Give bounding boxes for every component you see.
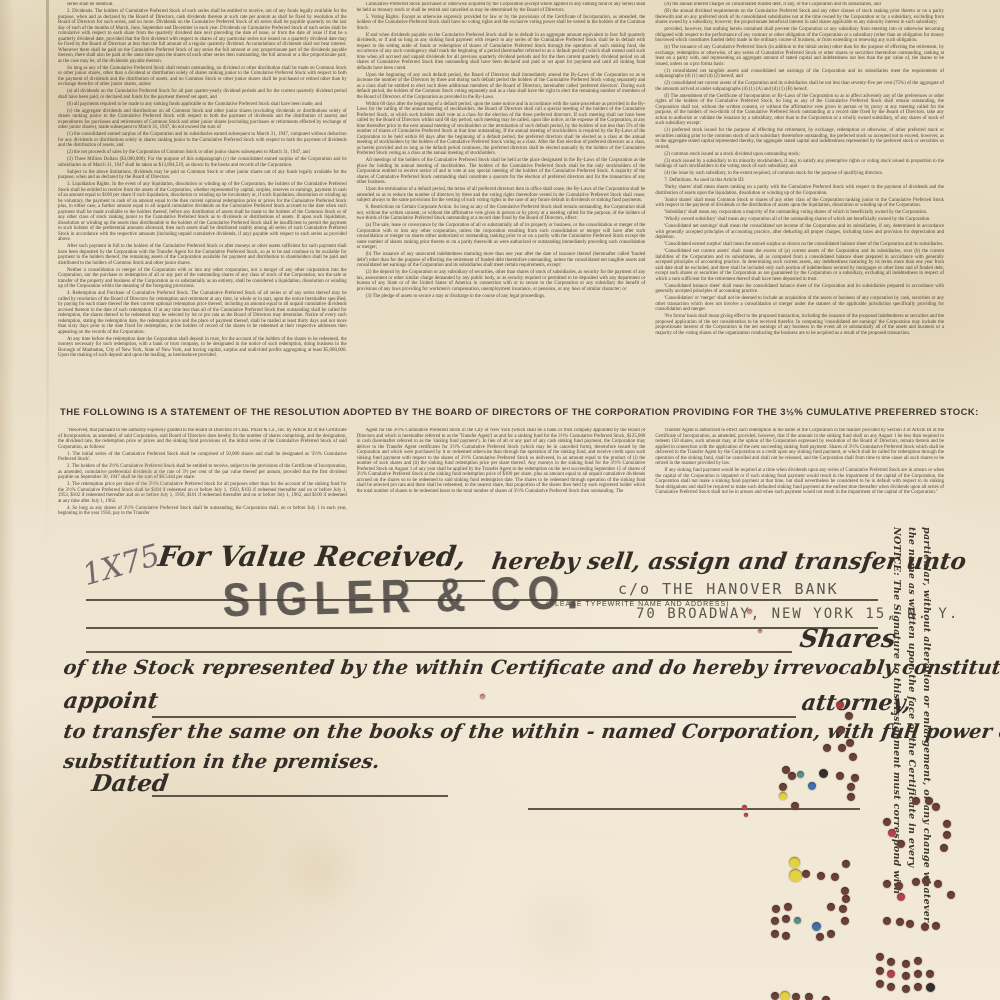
punch-dot (842, 895, 850, 903)
punch-dot (771, 930, 779, 938)
punch-dot (827, 930, 835, 938)
punch-dot (836, 701, 844, 709)
legal-paragraph: (2) consolidated net current assets of t… (655, 81, 944, 92)
legal-paragraph: (1) preferred stock issued for the purpo… (655, 128, 944, 150)
punch-dot (841, 917, 849, 925)
legal-paragraph: (B) the annual dividend requirements on … (655, 9, 944, 26)
punch-dot (847, 793, 855, 801)
resolution-columns-col-2: Agent for the 3½% Cumulative Preferred S… (357, 428, 646, 540)
punch-dot (934, 880, 942, 888)
punch-dot (851, 774, 859, 782)
resolution-columns: "Resolved, that pursuant to the authorit… (58, 428, 944, 540)
punch-dot (841, 887, 849, 895)
legal-paragraph: (1) consolidated net tangible assets and… (655, 69, 944, 80)
legal-paragraph: 2. The holders of the 3½% Cumulative Pre… (58, 464, 347, 481)
legal-text-columns-col-3: (A) the annual interest charges on conso… (655, 2, 944, 400)
dated-blank-line (152, 795, 448, 797)
punch-dot (876, 980, 884, 988)
shares-blank-line (86, 651, 792, 653)
punch-dot (480, 694, 485, 699)
legal-paragraph: 'Parity shares' shall mean shares rankin… (655, 185, 944, 196)
legal-paragraph: provided, however, that nothing herein c… (655, 27, 944, 44)
legal-paragraph: 6. Restrictions on Certain Corporate Act… (357, 205, 646, 222)
punch-dot (789, 869, 802, 882)
punch-dot (887, 983, 895, 991)
legal-paragraph: 3. Liquidation Rights. In the event of a… (58, 182, 347, 243)
punch-dot (947, 891, 955, 899)
legal-paragraph: (c) the aggregate dividends and distribu… (58, 109, 347, 131)
punch-dot (883, 917, 891, 925)
punch-dot (896, 918, 904, 926)
punch-dot (839, 905, 847, 913)
legal-paragraph: All meetings of the holders of the Cumul… (357, 158, 646, 186)
punch-dot (912, 797, 920, 805)
legal-paragraph: (a) The sale, lease or conveyance by the… (357, 223, 646, 251)
punch-dot (816, 933, 824, 941)
legal-paragraph: (2) the net proceeds of sales by the Cor… (58, 150, 347, 156)
punch-dot (812, 922, 821, 931)
legal-paragraph: (b) all payments required to be made to … (58, 102, 347, 108)
legal-paragraph: 'Consolidated earned surplus' shall mean… (655, 242, 944, 248)
punch-dot (845, 712, 853, 720)
legal-paragraph: Transfer Agent is authorized to effect s… (655, 428, 944, 467)
resolution-heading: THE FOLLOWING IS A STATEMENT OF THE RESO… (60, 407, 944, 418)
punch-dot (943, 831, 951, 839)
punch-dot (895, 882, 903, 890)
legal-paragraph: Neither a consolidation or merger of the… (58, 268, 347, 290)
punch-dot (922, 877, 930, 885)
punch-dot (849, 753, 857, 761)
punch-dot (902, 960, 910, 968)
punch-dot (847, 783, 855, 791)
legal-text-columns-col-2: Cumulative Preferred Stock purchased or … (357, 2, 646, 400)
legal-paragraph: (A) the annual interest charges on conso… (655, 2, 944, 8)
legal-paragraph: 'Subsidiary' shall mean any corporation … (655, 210, 944, 216)
resolution-columns-col-1: "Resolved, that pursuant to the authorit… (58, 428, 347, 540)
punch-dot (902, 985, 910, 993)
legal-paragraph: (a) all dividends on the Cumulative Pref… (58, 89, 347, 100)
punch-dot (797, 771, 804, 778)
legal-paragraph: (3) stock issued by a subsidiary to its … (655, 159, 944, 170)
legal-paragraph: (4) the issue by such subsidiary, to the… (655, 171, 944, 177)
legal-paragraph: (3) The pledge of assets to secure a sta… (357, 294, 646, 300)
legal-paragraph: 3. The redemption price per share of the… (58, 482, 347, 504)
legal-paragraph: 5. Voting Rights. Except as otherwise ex… (357, 15, 646, 32)
legal-paragraph: 'Consolidation' or 'merger' shall not be… (655, 296, 944, 313)
legal-paragraph: Subject to the above limitations, divide… (58, 170, 347, 181)
notice-line: particular, without alteration or enlarg… (919, 527, 934, 987)
punch-dot (902, 972, 910, 980)
punch-dot (876, 953, 884, 961)
care-of-typed: c/o THE HANOVER BANK (618, 580, 839, 598)
appoint-label-script: appoint (62, 688, 160, 714)
legal-text-columns: series shall be identical.2. Dividends. … (58, 2, 944, 400)
punch-dot (831, 873, 839, 881)
punch-dot (771, 917, 779, 925)
punch-dot (771, 992, 779, 1000)
punch-dot (789, 857, 800, 868)
legal-paragraph: After such payment in full to the holder… (58, 244, 347, 266)
legal-paragraph: (2) the deposit by the Corporation or an… (357, 270, 646, 292)
punch-dot (897, 840, 905, 848)
punch-dot (779, 783, 787, 791)
paper-crease (46, 0, 49, 560)
legal-paragraph: 7. Definitions. As used in this Article … (655, 178, 944, 184)
legal-paragraph: (b) The issuance of any unsecured indebt… (357, 252, 646, 269)
punch-dot (846, 739, 854, 747)
legal-paragraph: 'Wholly owned subsidiary' shall mean any… (655, 217, 944, 223)
resolution-columns-col-3: Transfer Agent is authorized to effect s… (655, 428, 944, 540)
legal-paragraph: Upon the beginning of any such default p… (357, 73, 646, 101)
handwritten-mark: 1X75 (79, 538, 164, 593)
legal-paragraph: Upon the termination of a default period… (357, 187, 646, 204)
punch-dot (782, 932, 790, 940)
punch-dot (822, 996, 830, 1000)
punch-dot (897, 893, 905, 901)
dated-label-script: Dated (90, 770, 170, 797)
punch-dot (827, 903, 835, 911)
punch-dot (932, 922, 940, 930)
legal-paragraph: 1. The initial series of the Cumulative … (58, 452, 347, 463)
punch-dot (888, 829, 896, 837)
punch-dot (836, 772, 844, 780)
punch-dot (837, 726, 845, 734)
legal-paragraph: (3) Three Million Dollars ($3,000,000). … (58, 157, 347, 168)
punch-dot (780, 991, 790, 1000)
punch-dot (747, 609, 752, 614)
punch-dot (914, 957, 922, 965)
legal-paragraph: 2. Dividends. The holders of Cumulative … (58, 9, 347, 64)
shares-label-script: Shares (798, 624, 898, 653)
attorney-blank-line (152, 716, 796, 718)
punch-dot (921, 923, 929, 931)
punch-dot (912, 878, 920, 886)
legal-paragraph: If any sinking fund payment would be req… (655, 468, 944, 496)
assignee-stamp: SIGLER & CO. (222, 567, 585, 628)
punch-dot (742, 805, 747, 810)
legal-paragraph: Within 60 days after the beginning of a … (357, 102, 646, 157)
assignee-name-line (86, 599, 878, 601)
legal-paragraph: 'Junior shares' shall mean Common Stock … (655, 198, 944, 209)
punch-dot (932, 803, 940, 811)
punch-dot (772, 905, 780, 913)
punch-dot (794, 917, 801, 924)
legal-paragraph: 4. So long as any shares of 3½% Cumulati… (58, 506, 347, 517)
notice-line: the name as written upon the face of the… (904, 527, 919, 987)
legal-paragraph: 'Consolidated net current assets' shall … (655, 249, 944, 282)
legal-paragraph: (e) The issuance of any Cumulative Prefe… (655, 45, 944, 67)
punch-dot (758, 629, 762, 633)
punch-dot (819, 769, 828, 778)
punch-dot (805, 993, 813, 1000)
punch-dot (788, 772, 796, 780)
legal-paragraph: At any time before the redemption date t… (58, 337, 347, 359)
punch-dot (782, 915, 790, 923)
legal-paragraph: If and when dividends payable on the Cum… (357, 33, 646, 72)
legal-paragraph: (1) the consolidated earned surplus of t… (58, 132, 347, 149)
legal-paragraph: series shall be identical. (58, 2, 347, 8)
legal-paragraph: 'Consolidated balance sheet' shall mean … (655, 284, 944, 295)
legal-paragraph: So long as any of the Cumulative Preferr… (58, 66, 347, 88)
punch-dot (823, 744, 831, 752)
legal-text-columns-col-1: series shall be identical.2. Dividends. … (58, 2, 347, 400)
punch-dot (883, 880, 891, 888)
legal-paragraph: Cumulative Preferred Stock purchased or … (357, 2, 646, 13)
punch-dot (943, 820, 951, 828)
transfer-books-script: to transfer the same on the books of the… (62, 720, 1000, 743)
punch-dot (817, 872, 825, 880)
legal-paragraph: (f) The amendment of the Certificate of … (655, 94, 944, 127)
punch-dot (914, 983, 922, 991)
punch-dot (887, 958, 895, 966)
punch-dot (792, 993, 800, 1000)
punch-dot (914, 970, 922, 978)
signature-notice: NOTICE: The Signature to this Assignment… (889, 527, 934, 987)
legal-paragraph: 4. Redemption and Purchase of Cumulative… (58, 291, 347, 335)
punch-dot (808, 782, 816, 790)
punch-dot (744, 813, 748, 817)
punch-dot (926, 983, 935, 992)
punch-dot (883, 818, 891, 826)
punch-dot (838, 744, 846, 752)
stock-certificate-back: series shall be identical.2. Dividends. … (0, 0, 1000, 1000)
punch-dot (779, 792, 787, 800)
punch-dot (791, 802, 799, 810)
for-value-received-script: For Value Received, (156, 540, 468, 573)
punch-dot (802, 870, 810, 878)
legal-paragraph: (2) common stock issued as a stock divid… (655, 152, 944, 158)
punch-dot (940, 844, 948, 852)
legal-paragraph: Agent for the 3½% Cumulative Preferred S… (357, 428, 646, 494)
legal-paragraph: 'Consolidated net earnings' shall mean t… (655, 224, 944, 241)
punch-dot (906, 920, 914, 928)
punch-dot (876, 967, 884, 975)
punch-dot (842, 860, 850, 868)
punch-dot (887, 970, 895, 978)
legal-paragraph: "Resolved, that pursuant to the authorit… (58, 428, 347, 450)
legal-paragraph: 'Pro forma' basis shall mean giving effe… (655, 314, 944, 336)
signature-line (528, 808, 860, 810)
stock-represented-script: of the Stock represented by the within C… (62, 656, 1000, 679)
punch-dot (926, 970, 934, 978)
punch-dot (784, 903, 792, 911)
